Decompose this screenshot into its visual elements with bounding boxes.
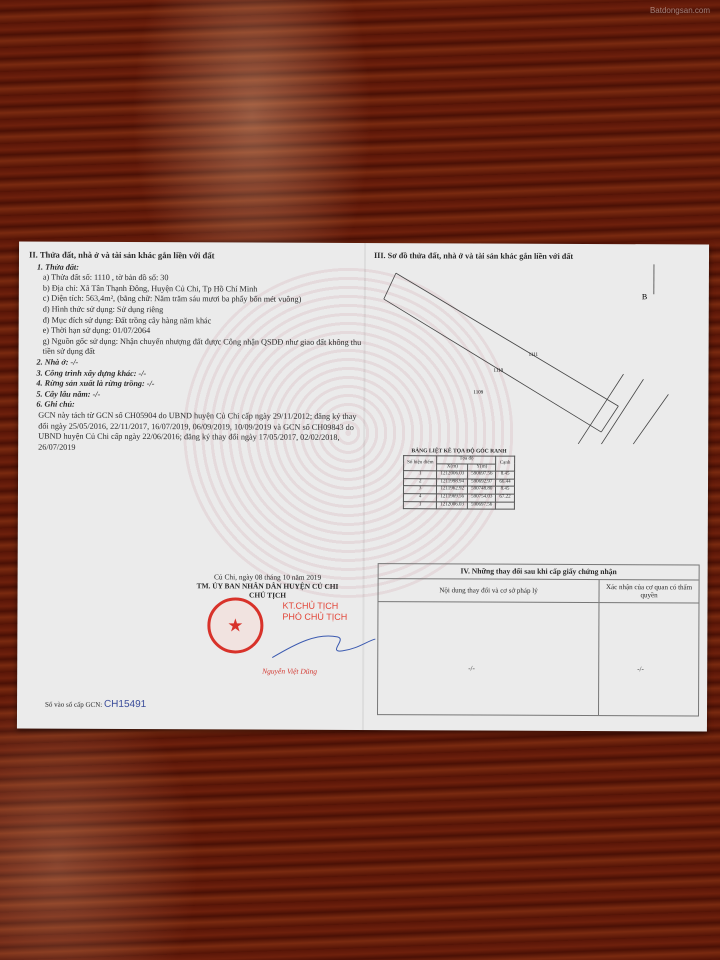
changes-col2-value: -/- <box>637 665 644 673</box>
neighbor-1109: 1109 <box>473 390 483 395</box>
coordinate-table: BẢNG LIỆT KÊ TỌA ĐỘ GÓC RANH Số hiệu điể… <box>403 448 515 510</box>
signature-icon <box>267 623 377 663</box>
table-row: 31211962.92590748.808.45 <box>403 486 514 494</box>
note-text: GCN này tách từ GCN số CH05904 do UBND h… <box>38 410 363 454</box>
register-label: Số vào sổ cấp GCN: <box>45 701 102 709</box>
deputy-stamp: KT.CHỦ TỊCH PHÓ CHỦ TỊCH <box>282 601 347 623</box>
changes-table: IV. Những thay đổi sau khi cấp giấy chứn… <box>377 563 700 716</box>
hdr-point: Số hiệu điểm <box>404 456 437 471</box>
table-row: 11212006.03590697.56 <box>403 501 514 509</box>
authority: TM. ỦY BAN NHÂN DÂN HUYỆN CỦ CHI <box>168 581 368 591</box>
hdr-y: Y(m) <box>468 464 496 472</box>
changes-col1: Nội dung thay đổi và cơ sở pháp lý <box>379 579 600 602</box>
watermark-logo: Batdongsan.com <box>650 6 710 15</box>
usage-origin: g) Nguồn gốc sử dụng: Nhận chuyển nhượng… <box>43 336 364 359</box>
neighbor-1111: 1111 <box>529 353 539 358</box>
chair: CHỦ TỊCH <box>168 590 368 600</box>
signature-block: Củ Chi, ngày 08 tháng 10 năm 2019 TM. ỦY… <box>168 572 368 600</box>
north-label: B <box>642 292 647 301</box>
item5: 5. Cây lâu năm: -/- <box>36 389 363 401</box>
kt-line1: KT.CHỦ TỊCH <box>282 601 347 612</box>
section-ii-title: II. Thửa đất, nhà ở và tài sản khác gắn … <box>29 250 364 262</box>
hdr-x: X(m) <box>437 463 468 471</box>
right-page: III. Sơ đồ thửa đất, nhà ở và tài sản kh… <box>374 251 704 261</box>
changes-col1-value: -/- <box>468 664 475 672</box>
kt-line2: PHÓ CHỦ TỊCH <box>282 612 347 623</box>
register-number: Số vào sổ cấp GCN: CH15491 <box>45 699 146 710</box>
changes-title: IV. Những thay đổi sau khi cấp giấy chứn… <box>379 564 699 580</box>
land-certificate-page: II. Thửa đất, nhà ở và tài sản khác gắn … <box>17 241 709 731</box>
table-row: 11212006.03590697.568.45 <box>404 471 515 479</box>
parcel-1110: 1110 <box>493 369 503 374</box>
changes-col2: Xác nhận của cơ quan có thẩm quyền <box>599 580 698 602</box>
parcel-diagram: B 1111 1110 1109 <box>373 263 704 444</box>
section-iii-title: III. Sơ đồ thửa đất, nhà ở và tài sản kh… <box>374 251 704 261</box>
left-page: II. Thửa đất, nhà ở và tài sản khác gắn … <box>28 250 364 455</box>
usage-form: d) Hình thức sử dụng: Sử dụng riêng <box>43 305 364 317</box>
table-row: 41211969.56590754.0367.22 <box>403 494 514 502</box>
coord-table-title: BẢNG LIỆT KÊ TỌA ĐỘ GÓC RANH <box>403 448 515 454</box>
signer-name: Nguyễn Việt Dũng <box>262 667 317 676</box>
hdr-edge: Cạnh <box>496 456 514 471</box>
official-seal-icon: ★ <box>207 597 263 653</box>
register-value: CH15491 <box>104 699 146 710</box>
table-row: 21211998.94590692.9766.44 <box>404 478 515 486</box>
